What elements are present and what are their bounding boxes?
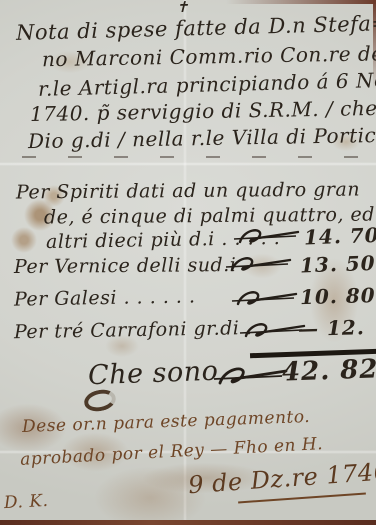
header-line-5: Dio g.di / nella r.le Villa di Portici (28, 123, 376, 153)
ink-smudge (82, 387, 118, 414)
item-1-amount: 14. 70. (304, 223, 376, 250)
manuscript-page: ✝ Nota di spese fatte da D.n Stefa= no M… (0, 0, 376, 525)
total-amount: 42. 82 (282, 354, 376, 387)
item-2-amount: 13. 50. (300, 251, 376, 278)
item-4-label: Per tré Carrafoni gr.di . . (14, 317, 266, 343)
item-3-amount: 10. 80. (300, 283, 376, 309)
photo-top-edge (226, 0, 376, 4)
flourish-icon (212, 364, 290, 390)
item-1-line-1: Per Spiriti dati ad un quadro gran (16, 178, 360, 203)
flourish-icon (224, 254, 294, 276)
total-label: Che sono (87, 356, 218, 392)
photo-bottom-edge (0, 520, 376, 525)
flourish-icon (232, 226, 302, 248)
approval-line-1: Dese or.n para este pagamento. (22, 407, 311, 437)
header-line-1: Nota di spese fatte da D.n Stefa= (16, 11, 376, 45)
item-3-label: Per Galesi . . . . . . (14, 285, 196, 310)
header-line-3: r.le Artigl.ra principiando á 6 Nov.e (38, 67, 376, 101)
corner-mark: D. K. (4, 491, 49, 513)
item-2-label: Per Vernice delli sud.i (14, 254, 236, 278)
flourish-icon (230, 288, 300, 310)
header-line-4: 1740. p̃ serviggio di S.R.M. / che (30, 96, 376, 126)
item-4-amount: — 12. (298, 315, 365, 341)
header-line-2: no Marconi Comm.rio Con.re della (42, 41, 376, 71)
cross-mark: ✝ (176, 0, 189, 16)
separator-dashes (22, 156, 358, 158)
